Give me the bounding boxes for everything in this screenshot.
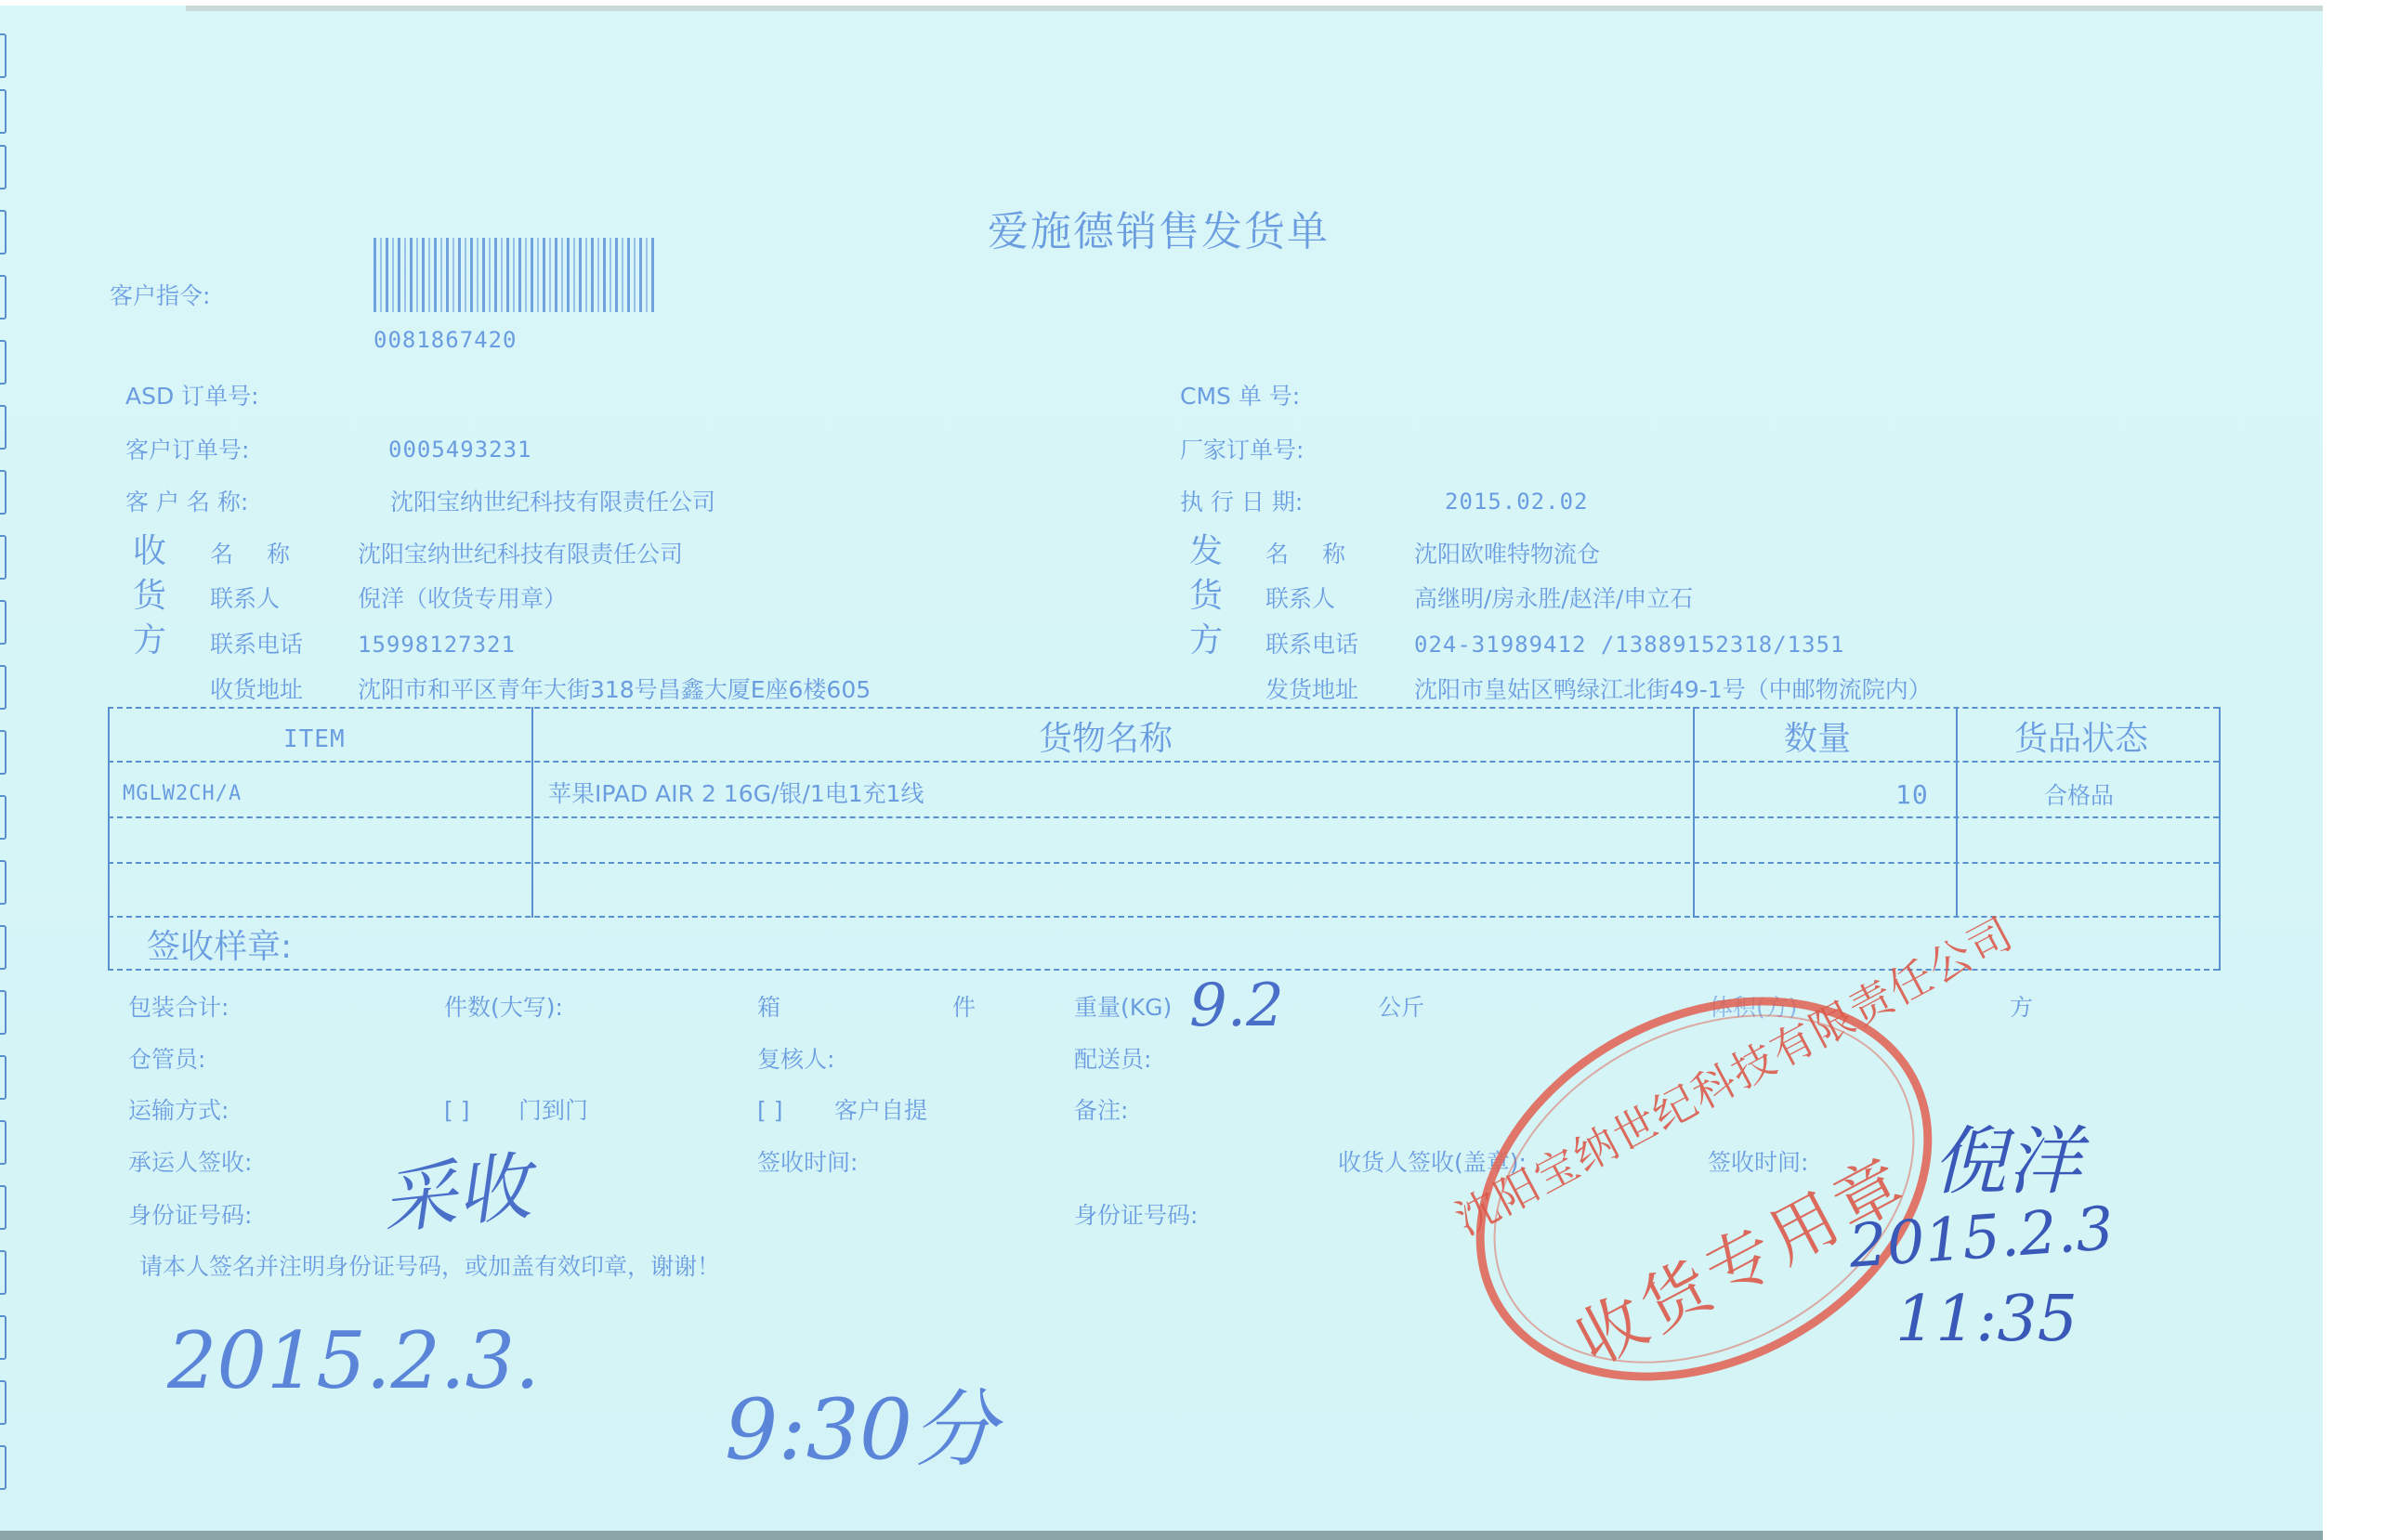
perforation-hole: [0, 340, 7, 385]
transport-label: 运输方式:: [128, 1099, 229, 1122]
handwritten-receiver-signature: 倪洋: [1933, 1102, 2081, 1208]
shipper-side-char: 方: [1189, 624, 1223, 658]
reviewer-label: 复核人:: [757, 1048, 834, 1071]
shipper-name-label: 名 称: [1265, 542, 1358, 566]
perforation-hole: [0, 275, 7, 320]
piece-label: 件: [952, 996, 976, 1019]
table-border-left: [108, 707, 110, 971]
customer-name-label: 客 户 名 称:: [125, 490, 248, 514]
perforation-hole: [0, 1055, 7, 1100]
customer-name-value: 沈阳宝纳世纪科技有限责任公司: [390, 490, 715, 514]
column-header-status: 货品状态: [2014, 723, 2148, 756]
receiver-side-char: 收: [133, 535, 166, 568]
receiver-name-label: 名 称: [210, 542, 303, 566]
package-total-label: 包装合计:: [128, 996, 229, 1019]
perforation-hole: [0, 1250, 7, 1295]
self-pickup-checkbox[interactable]: [ ]: [757, 1099, 782, 1122]
carrier-sign-label: 承运人签收:: [128, 1151, 252, 1174]
shipper-address-value: 沈阳市皇姑区鸭绿江北街49-1号（中邮物流院内）: [1414, 678, 1932, 701]
vendor-order-label: 厂家订单号:: [1180, 438, 1304, 462]
customer-order-value: 0005493231: [388, 438, 532, 461]
table-border-top: [108, 707, 2219, 709]
receiver-phone-value: 15998127321: [358, 633, 516, 656]
cell-goods-name: 苹果IPAD AIR 2 16G/银/1电1充1线: [548, 782, 924, 805]
table-col-divider: [531, 707, 533, 918]
receiver-phone-label: 联系电话: [210, 633, 303, 656]
volume-unit: 方: [2010, 996, 2033, 1019]
perforation-hole: [0, 1380, 7, 1425]
table-divider: [108, 862, 2219, 864]
handwritten-carrier-date: 2015.2.3.: [167, 1315, 540, 1406]
column-header-item: ITEM: [283, 727, 346, 751]
perforation-hole: [0, 405, 7, 450]
receiver-name-value: 沈阳宝纳世纪科技有限责任公司: [358, 542, 683, 566]
weight-unit: 公斤: [1378, 996, 1424, 1019]
signature-notice: 请本人签名并注明身份证号码，或加盖有效印章，谢谢！: [139, 1255, 720, 1278]
door-to-door-label: 门到门: [518, 1099, 588, 1122]
receiver-side-char: 货: [133, 580, 166, 613]
receiver-address-value: 沈阳市和平区青年大街318号昌鑫大厦E座6楼605: [358, 678, 871, 701]
perforation-hole: [0, 535, 7, 580]
table-divider: [108, 761, 2219, 763]
exec-date-label: 执 行 日 期:: [1180, 490, 1303, 514]
cms-order-label: CMS 单 号:: [1180, 385, 1300, 408]
shipper-side-char: 货: [1189, 580, 1223, 613]
shipper-phone-label: 联系电话: [1265, 633, 1358, 656]
remarks-label: 备注:: [1074, 1099, 1128, 1122]
perforation-hole: [0, 33, 7, 78]
warehouse-keeper-label: 仓管员:: [128, 1048, 205, 1071]
paper-bottom-edge: [0, 1531, 2323, 1540]
document-title: 爱施德销售发货单: [988, 212, 1330, 253]
table-divider: [108, 816, 2219, 818]
cell-status: 合格品: [2044, 784, 2114, 807]
perforation-hole: [0, 860, 7, 905]
receiving-seal-stamp: 沈阳宝纳世纪科技有限责任公司 收货专用章: [1409, 921, 1999, 1457]
shipper-side-char: 发: [1189, 535, 1223, 568]
perforation-hole: [0, 210, 7, 254]
delivery-note-paper: 爱施德销售发货单 客户指令: 0081867420 ASD 订单号: 客户订单号…: [0, 6, 2323, 1534]
perforation-hole: [0, 470, 7, 515]
shipper-contact-value: 高继明/房永胜/赵洋/申立石: [1414, 587, 1693, 610]
barcode-icon: [374, 238, 657, 312]
perforation-hole: [0, 665, 7, 710]
perforation-hole: [0, 600, 7, 645]
shipper-name-value: 沈阳欧唯特物流仓: [1414, 542, 1600, 566]
exec-date-value: 2015.02.02: [1445, 490, 1589, 513]
receiver-side-char: 方: [133, 624, 166, 658]
receiver-contact-value: 倪洋（收货专用章）: [358, 587, 567, 610]
receiver-contact-label: 联系人: [210, 587, 280, 610]
cell-item: MGLW2CH/A: [123, 784, 242, 804]
column-header-goods-name: 货物名称: [1039, 723, 1173, 756]
carrier-id-label: 身份证号码:: [128, 1204, 252, 1227]
perforation-hole: [0, 730, 7, 775]
table-col-divider: [1693, 707, 1695, 918]
perforation-hole: [0, 1120, 7, 1165]
perforation-hole: [0, 145, 7, 189]
table-divider: [108, 916, 2219, 918]
delivery-person-label: 配送员:: [1074, 1048, 1151, 1071]
perforation-hole: [0, 795, 7, 840]
receiver-address-label: 收货地址: [210, 678, 303, 701]
box-label: 箱: [757, 996, 780, 1019]
cell-quantity: 10: [1895, 782, 1929, 808]
receiver-id-label: 身份证号码:: [1074, 1204, 1198, 1227]
perforation-hole: [0, 1445, 7, 1490]
door-to-door-checkbox[interactable]: [ ]: [444, 1099, 469, 1122]
self-pickup-label: 客户自提: [834, 1099, 927, 1122]
shipper-address-label: 发货地址: [1265, 678, 1358, 701]
customer-instruction-label: 客户指令:: [110, 284, 210, 307]
handwritten-weight: 9.2: [1189, 972, 1284, 1040]
handwritten-carrier-signature: 采收: [375, 1127, 534, 1248]
perforation-hole: [0, 1185, 7, 1230]
perforation-hole: [0, 925, 7, 970]
customer-order-label: 客户订单号:: [125, 438, 249, 462]
carrier-sign-time-label: 签收时间:: [757, 1151, 858, 1174]
perforation-hole: [0, 1315, 7, 1360]
shipper-contact-label: 联系人: [1265, 587, 1335, 610]
table-border-right: [2219, 707, 2221, 971]
column-header-quantity: 数量: [1784, 723, 1851, 756]
pieces-label: 件数(大写):: [444, 996, 563, 1019]
handwritten-carrier-time: 9:30分: [725, 1362, 996, 1482]
barcode-number: 0081867420: [374, 329, 518, 351]
table-col-divider: [1956, 707, 1958, 918]
handwritten-receiver-time: 11:35: [1895, 1283, 2078, 1356]
perforation-hole: [0, 89, 7, 134]
weight-label: 重量(KG): [1074, 996, 1172, 1019]
asd-order-label: ASD 订单号:: [125, 385, 259, 408]
paper-top-edge: [186, 6, 2323, 11]
shipper-phone-value: 024-31989412 /13889152318/1351: [1414, 633, 1844, 656]
sign-stamp-label: 签收样章:: [147, 931, 292, 964]
perforation-hole: [0, 990, 7, 1035]
